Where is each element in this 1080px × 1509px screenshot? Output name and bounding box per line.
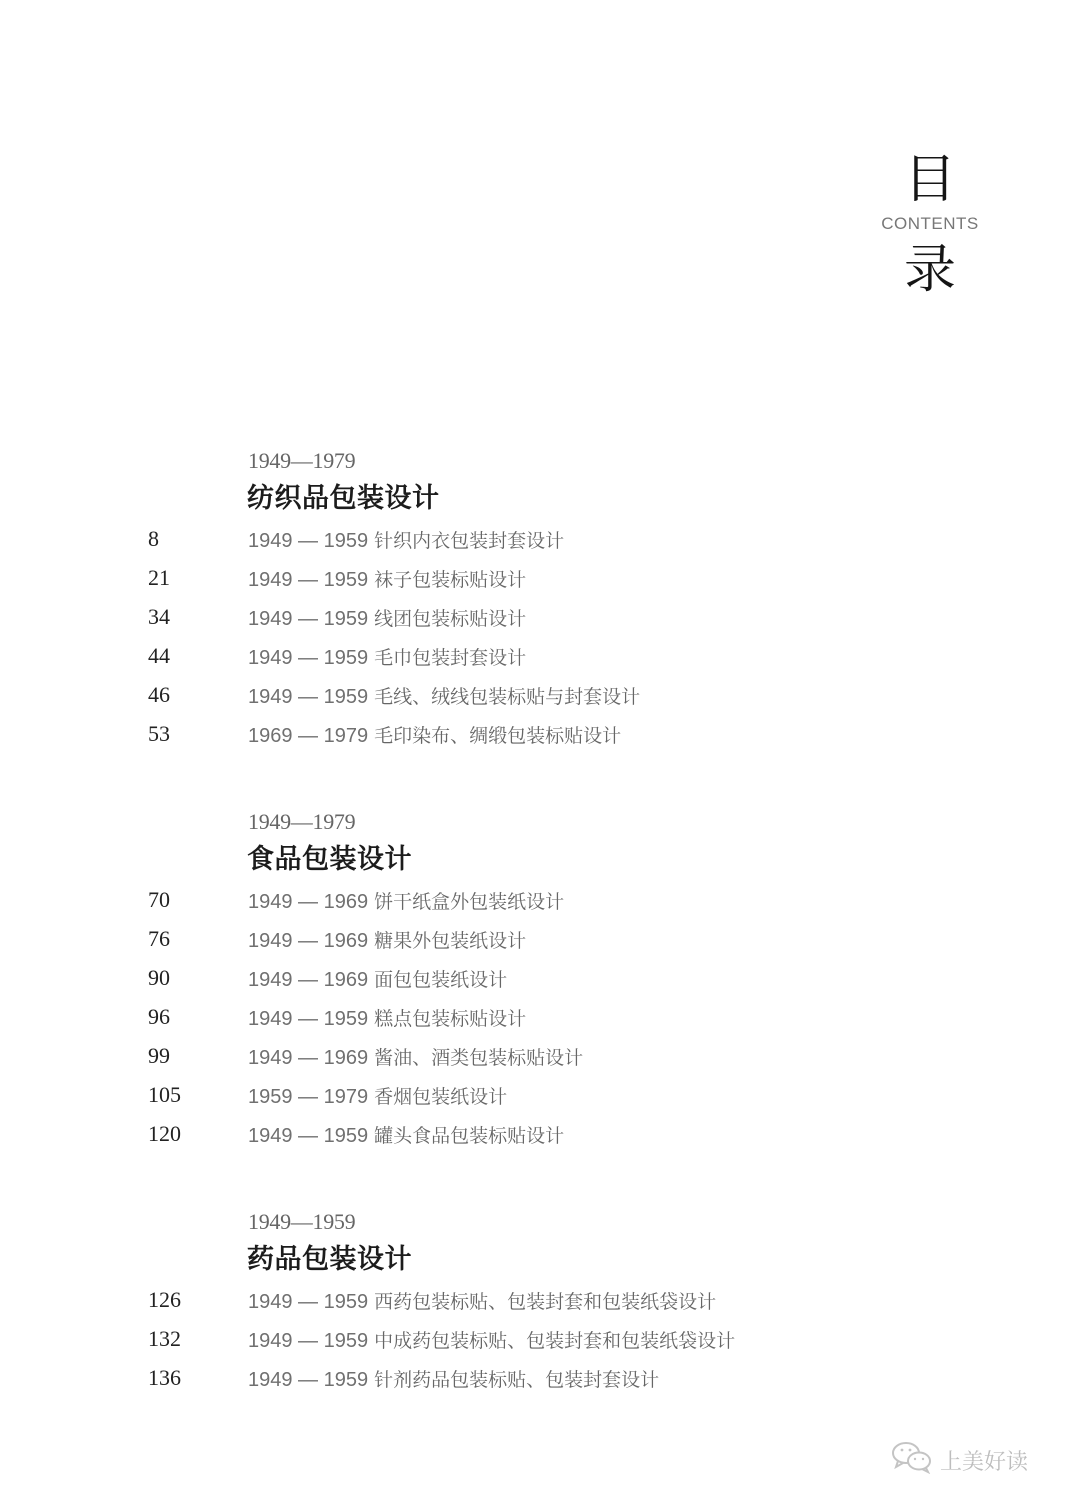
entry-years: 1949 — 1969 <box>248 1047 368 1069</box>
toc-entry[interactable]: 21 1949 — 1959 袜子包装标贴设计 <box>0 565 1080 604</box>
section-years: 1949—1979 <box>248 448 355 474</box>
entry-years: 1949 — 1959 <box>248 1369 368 1391</box>
toc-entry[interactable]: 96 1949 — 1959 糕点包装标贴设计 <box>0 1004 1080 1043</box>
page-number: 136 <box>148 1365 181 1391</box>
page-number: 34 <box>148 604 170 630</box>
section-title: 纺织品包装设计 <box>247 476 440 515</box>
toc-entry[interactable]: 105 1959 — 1979 香烟包装纸设计 <box>0 1082 1080 1121</box>
page-number: 90 <box>148 965 170 991</box>
page-number: 76 <box>148 926 170 952</box>
entry-label: 西药包装标贴、包装封套和包装纸袋设计 <box>374 1291 716 1313</box>
entry-label: 糖果外包装纸设计 <box>374 930 526 952</box>
toc-entry[interactable]: 126 1949 — 1959 西药包装标贴、包装封套和包装纸袋设计 <box>0 1287 1080 1326</box>
entry-years: 1969 — 1979 <box>248 725 368 747</box>
page-number: 46 <box>148 682 170 708</box>
toc-entry[interactable]: 136 1949 — 1959 针剂药品包装标贴、包装封套设计 <box>0 1365 1080 1404</box>
watermark-label: 上美好读 <box>940 1445 1028 1476</box>
contents-heading: 目 CONTENTS 录 <box>860 150 1000 300</box>
section-years: 1949—1959 <box>248 1209 355 1235</box>
entry-years: 1949 — 1959 <box>248 1291 368 1313</box>
title-char-mu: 目 <box>860 150 1000 210</box>
toc-entry[interactable]: 99 1949 — 1969 酱油、酒类包装标贴设计 <box>0 1043 1080 1082</box>
toc-entry[interactable]: 132 1949 — 1959 中成药包装标贴、包装封套和包装纸袋设计 <box>0 1326 1080 1365</box>
entry-years: 1949 — 1969 <box>248 930 368 952</box>
entry-label: 面包包装纸设计 <box>374 969 507 991</box>
toc-entry[interactable]: 46 1949 — 1959 毛线、绒线包装标贴与封套设计 <box>0 682 1080 721</box>
toc-entry[interactable]: 44 1949 — 1959 毛巾包装封套设计 <box>0 643 1080 682</box>
entry-years: 1949 — 1959 <box>248 608 368 630</box>
entry-label: 罐头食品包装标贴设计 <box>374 1125 564 1147</box>
page-number: 53 <box>148 721 170 747</box>
section-title: 药品包装设计 <box>247 1237 412 1276</box>
page-number: 70 <box>148 887 170 913</box>
entry-label: 针织内衣包装封套设计 <box>374 530 564 552</box>
page-number: 99 <box>148 1043 170 1069</box>
entry-years: 1949 — 1969 <box>248 891 368 913</box>
section-years: 1949—1979 <box>248 809 355 835</box>
entry-label: 香烟包装纸设计 <box>374 1086 507 1108</box>
entry-years: 1949 — 1959 <box>248 686 368 708</box>
entry-years: 1949 — 1959 <box>248 647 368 669</box>
toc-entry[interactable]: 120 1949 — 1959 罐头食品包装标贴设计 <box>0 1121 1080 1160</box>
toc-entry[interactable]: 8 1949 — 1959 针织内衣包装封套设计 <box>0 526 1080 565</box>
toc-entry[interactable]: 70 1949 — 1969 饼干纸盒外包装纸设计 <box>0 887 1080 926</box>
page-number: 44 <box>148 643 170 669</box>
entry-years: 1959 — 1979 <box>248 1086 368 1108</box>
watermark: 上美好读 <box>890 1440 1028 1480</box>
toc-entry[interactable]: 76 1949 — 1969 糖果外包装纸设计 <box>0 926 1080 965</box>
page-number: 132 <box>148 1326 181 1352</box>
toc-entry[interactable]: 53 1969 — 1979 毛印染布、绸缎包装标贴设计 <box>0 721 1080 760</box>
page-number: 21 <box>148 565 170 591</box>
page-number: 120 <box>148 1121 181 1147</box>
entry-years: 1949 — 1969 <box>248 969 368 991</box>
page-number: 105 <box>148 1082 181 1108</box>
entry-label: 糕点包装标贴设计 <box>374 1008 526 1030</box>
toc-entry[interactable]: 34 1949 — 1959 线团包装标贴设计 <box>0 604 1080 643</box>
entry-label: 饼干纸盒外包装纸设计 <box>374 891 564 913</box>
page-number: 126 <box>148 1287 181 1313</box>
entry-label: 酱油、酒类包装标贴设计 <box>374 1047 583 1069</box>
wechat-icon <box>890 1440 934 1480</box>
entry-label: 毛线、绒线包装标贴与封套设计 <box>374 686 640 708</box>
entry-label: 毛印染布、绸缎包装标贴设计 <box>374 725 621 747</box>
entry-years: 1949 — 1959 <box>248 569 368 591</box>
entry-years: 1949 — 1959 <box>248 1008 368 1030</box>
title-char-lu: 录 <box>860 240 1000 300</box>
page-number: 96 <box>148 1004 170 1030</box>
title-english: CONTENTS <box>860 214 1000 234</box>
entry-label: 针剂药品包装标贴、包装封套设计 <box>374 1369 659 1391</box>
page-number: 8 <box>148 526 159 552</box>
entry-label: 毛巾包装封套设计 <box>374 647 526 669</box>
entry-label: 袜子包装标贴设计 <box>374 569 526 591</box>
entry-years: 1949 — 1959 <box>248 1125 368 1147</box>
section-title: 食品包装设计 <box>247 837 412 876</box>
entry-label: 中成药包装标贴、包装封套和包装纸袋设计 <box>374 1330 735 1352</box>
entry-years: 1949 — 1959 <box>248 530 368 552</box>
entry-label: 线团包装标贴设计 <box>374 608 526 630</box>
toc-entry[interactable]: 90 1949 — 1969 面包包装纸设计 <box>0 965 1080 1004</box>
entry-years: 1949 — 1959 <box>248 1330 368 1352</box>
